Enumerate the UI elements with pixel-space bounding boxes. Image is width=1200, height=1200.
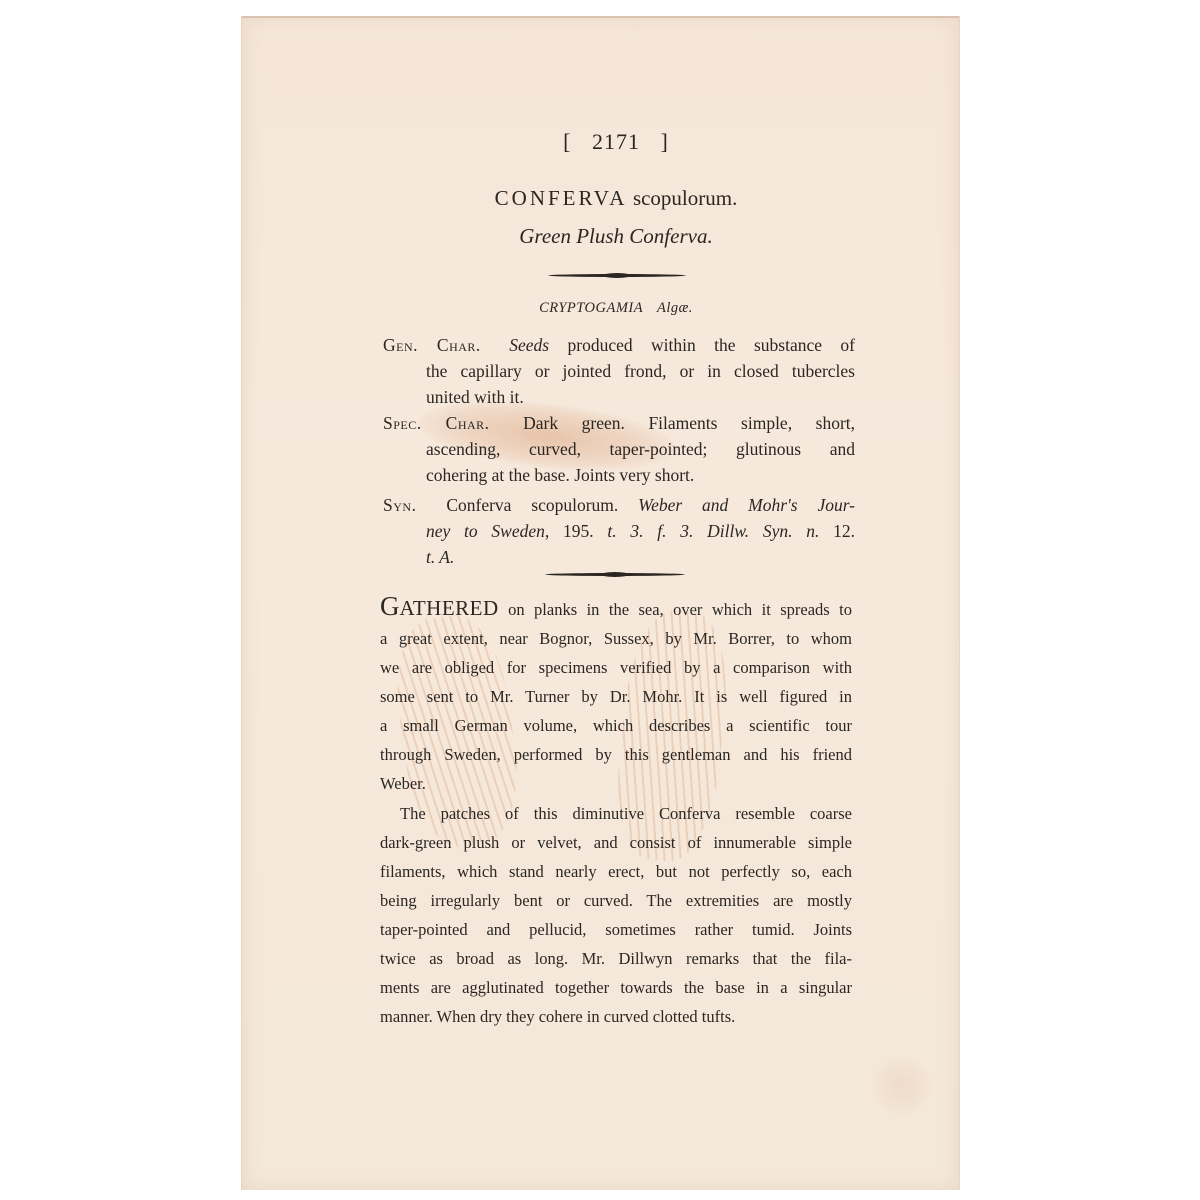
para1-line-7: Weber. <box>380 769 852 798</box>
text-span: 12. <box>833 521 855 541</box>
body-paragraph-2: The patches of this diminutive Conferva … <box>380 799 852 1031</box>
para1-line-4: some sent to Mr. Turner by Dr. Mohr. It … <box>380 682 852 711</box>
specific-character: Spec. Char. Dark green. Filaments simple… <box>383 410 855 488</box>
italic-term: Seeds <box>509 335 549 355</box>
italic-citation: t. 3. f. 3. <box>607 521 693 541</box>
italic-citation: Weber and Mohr's Jour- <box>638 495 855 515</box>
drop-cap: G <box>380 591 400 621</box>
spec-char-line-3: cohering at the base. Joints very short. <box>383 462 855 488</box>
para2-line-1: The patches of this diminutive Conferva … <box>380 799 852 828</box>
para2-line-2: dark-green plush or velvet, and consist … <box>380 828 852 857</box>
italic-citation: t. A. <box>426 547 454 567</box>
para2-line-8: manner. When dry they cohere in curved c… <box>380 1002 852 1031</box>
genus-name: CONFERVA <box>495 186 628 210</box>
text-span: Conferva scopulorum. <box>446 495 618 515</box>
generic-character: Gen. Char. Seeds produced within the sub… <box>383 332 855 410</box>
body-paragraph-1: GATHERED on planks in the sea, over whic… <box>380 592 852 798</box>
order-name: Algæ. <box>657 300 693 316</box>
para2-line-5: taper-pointed and pellucid, sometimes ra… <box>380 915 852 944</box>
gen-char-line-2: the capillary or jointed frond, or in cl… <box>383 358 855 384</box>
species-name: scopulorum. <box>633 186 737 210</box>
spec-char-label: Spec. Char. <box>383 413 490 433</box>
spec-char-line-1: Spec. Char. Dark green. Filaments simple… <box>383 410 855 436</box>
text-span: produced within the substance of <box>549 335 855 355</box>
para1-line-3: we are obliged for specimens verified by… <box>380 653 852 682</box>
plate-number: [ 2171 ] <box>380 129 852 155</box>
syn-line-1: Syn. Conferva scopulorum. Weber and Mohr… <box>383 492 855 518</box>
para2-line-6: twice as broad as long. Mr. Dillwyn rema… <box>380 944 852 973</box>
para1-line-6: through Sweden, performed by this gentle… <box>380 740 852 769</box>
para2-line-7: ments are agglutinated together towards … <box>380 973 852 1002</box>
small-caps-word: ATHERED <box>400 596 499 620</box>
classification: CRYPTOGAMIA Algæ. <box>380 300 852 317</box>
bracket-open: [ <box>563 129 571 154</box>
gen-char-line-3: united with it. <box>383 384 855 410</box>
common-name: Green Plush Conferva. <box>380 224 852 249</box>
plate-number-value: 2171 <box>592 129 640 154</box>
text-span: Dark green. Filaments simple, short, <box>523 413 855 433</box>
ornamental-rule-top <box>548 274 686 277</box>
species-title: CONFERVA scopulorum. <box>380 185 852 211</box>
bracket-close: ] <box>661 129 669 154</box>
class-name: CRYPTOGAMIA <box>539 300 643 316</box>
para1-line-2: a great extent, near Bognor, Sussex, by … <box>380 624 852 653</box>
italic-citation: ney to Sweden <box>426 521 545 541</box>
para1-line-5: a small German volume, which describes a… <box>380 711 852 740</box>
spec-char-line-2: ascending, curved, taper-pointed; glutin… <box>383 436 855 462</box>
page-edge <box>242 16 959 18</box>
syn-line-2: ney to Sweden, 195. t. 3. f. 3. Dillw. S… <box>383 518 855 544</box>
synonymy: Syn. Conferva scopulorum. Weber and Mohr… <box>383 492 855 570</box>
text-span: , 195. <box>545 521 594 541</box>
gen-char-line-1: Gen. Char. Seeds produced within the sub… <box>383 332 855 358</box>
italic-citation: Dillw. Syn. n. <box>707 521 819 541</box>
syn-label: Syn. <box>383 495 416 515</box>
para2-line-4: being irregularly bent or curved. The ex… <box>380 886 852 915</box>
ornamental-rule-bottom <box>545 573 685 576</box>
para1-line-1: GATHERED on planks in the sea, over whic… <box>380 592 852 624</box>
stain-mark-faint <box>872 1056 932 1116</box>
gen-char-label: Gen. Char. <box>383 335 481 355</box>
text-span: on planks in the sea, over which it spre… <box>499 600 852 619</box>
para2-line-3: filaments, which stand nearly erect, but… <box>380 857 852 886</box>
syn-line-3: t. A. <box>383 544 855 570</box>
